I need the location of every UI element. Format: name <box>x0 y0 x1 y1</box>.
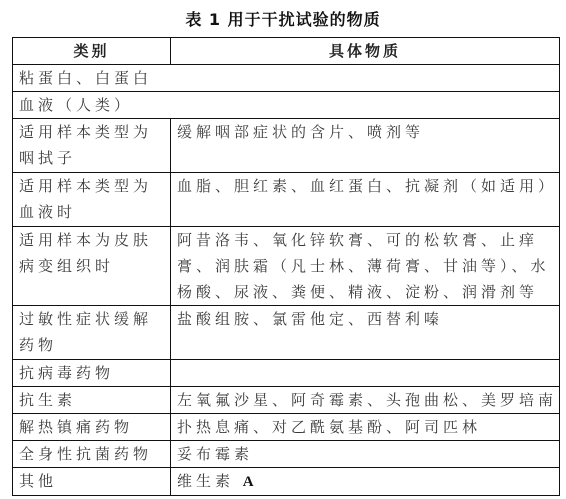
table-row: 适用样本类型为咽拭子 缓解咽部症状的含片、喷剂等 <box>13 119 560 173</box>
table-row: 适用样本为皮肤病变组织时 阿昔洛韦、氧化锌软膏、可的松软膏、止痒膏、润肤霜（凡士… <box>13 227 560 306</box>
substances-cell: 左氧氟沙星、阿奇霉素、头孢曲松、美罗培南 <box>171 387 560 414</box>
header-substances: 具体物质 <box>171 38 560 65</box>
category-cell: 适用样本类型为咽拭子 <box>13 119 171 173</box>
table-row: 过敏性症状缓解药物 盐酸组胺、氯雷他定、西替利嗪 <box>13 306 560 360</box>
substances-cell: 血脂、胆红素、血红蛋白、抗凝剂（如适用） <box>171 173 560 227</box>
category-cell: 血液（人类） <box>13 92 560 119</box>
category-cell: 适用样本类型为血液时 <box>13 173 171 227</box>
vitamin-letter: A <box>243 474 254 490</box>
category-cell: 全身性抗菌药物 <box>13 441 171 468</box>
substances-cell: 妥布霉素 <box>171 441 560 468</box>
substances-cell: 维生素 A <box>171 468 560 496</box>
category-cell: 抗生素 <box>13 387 171 414</box>
category-cell: 解热镇痛药物 <box>13 414 171 441</box>
header-category: 类别 <box>13 38 171 65</box>
category-cell: 抗病毒药物 <box>13 360 171 387</box>
substances-cell <box>171 360 560 387</box>
category-cell: 过敏性症状缓解药物 <box>13 306 171 360</box>
substances-cell: 扑热息痛、对乙酰氨基酚、阿司匹林 <box>171 414 560 441</box>
interference-substances-table: 类别 具体物质 粘蛋白、白蛋白 血液（人类） 适用样本类型为咽拭子 缓解咽部症状… <box>12 37 560 496</box>
category-cell: 适用样本为皮肤病变组织时 <box>13 227 171 306</box>
substance-text: 维生素 <box>177 472 243 490</box>
table-row: 血液（人类） <box>13 92 560 119</box>
substances-cell: 阿昔洛韦、氧化锌软膏、可的松软膏、止痒膏、润肤霜（凡士林、薄荷膏、甘油等）、水杨… <box>171 227 560 306</box>
category-cell: 其他 <box>13 468 171 496</box>
table-row: 粘蛋白、白蛋白 <box>13 65 560 92</box>
table-header-row: 类别 具体物质 <box>13 38 560 65</box>
table-row: 其他 维生素 A <box>13 468 560 496</box>
table-row: 适用样本类型为血液时 血脂、胆红素、血红蛋白、抗凝剂（如适用） <box>13 173 560 227</box>
category-cell: 粘蛋白、白蛋白 <box>13 65 560 92</box>
table-title: 表 1 用于干扰试验的物质 <box>0 9 566 31</box>
table-row: 抗病毒药物 <box>13 360 560 387</box>
substances-cell: 缓解咽部症状的含片、喷剂等 <box>171 119 560 173</box>
table-row: 抗生素 左氧氟沙星、阿奇霉素、头孢曲松、美罗培南 <box>13 387 560 414</box>
table-row: 全身性抗菌药物 妥布霉素 <box>13 441 560 468</box>
table-row: 解热镇痛药物 扑热息痛、对乙酰氨基酚、阿司匹林 <box>13 414 560 441</box>
substances-cell: 盐酸组胺、氯雷他定、西替利嗪 <box>171 306 560 360</box>
